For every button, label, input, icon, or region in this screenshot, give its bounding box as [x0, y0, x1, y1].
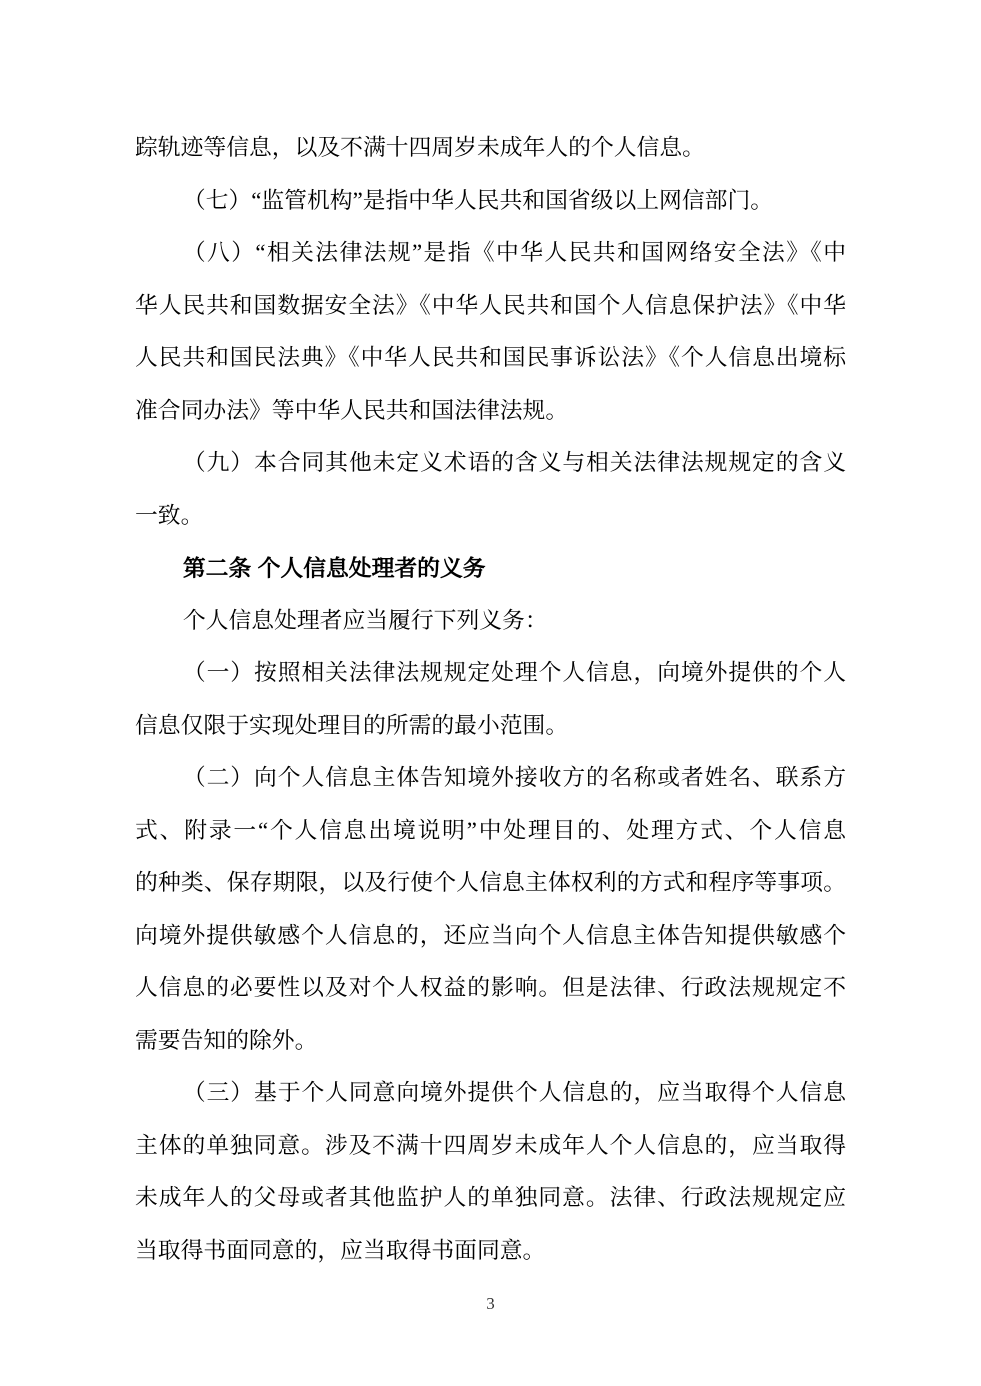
text-line: 向境外提供敏感个人信息的，还应当向个人信息主体告知提供敏感个 [135, 910, 846, 963]
text-line: 的种类、保存期限，以及行使个人信息主体权利的方式和程序等事项。 [135, 857, 846, 910]
page-number: 3 [0, 1292, 981, 1316]
text-line: 个人信息处理者应当履行下列义务： [135, 595, 846, 648]
text-line: 式、附录一“个人信息出境说明”中处理目的、处理方式、个人信息 [135, 805, 846, 858]
document-body: 踪轨迹等信息，以及不满十四周岁未成年人的个人信息。（七）“监管机构”是指中华人民… [135, 122, 846, 1277]
text-line: （八）“相关法律法规”是指《中华人民共和国网络安全法》《中 [135, 227, 846, 280]
text-line: 信息仅限于实现处理目的所需的最小范围。 [135, 700, 846, 753]
text-line: 需要告知的除外。 [135, 1015, 846, 1068]
text-line: （九）本合同其他未定义术语的含义与相关法律法规规定的含义 [135, 437, 846, 490]
document-page: 踪轨迹等信息，以及不满十四周岁未成年人的个人信息。（七）“监管机构”是指中华人民… [0, 0, 981, 1386]
text-line: （七）“监管机构”是指中华人民共和国省级以上网信部门。 [135, 175, 846, 228]
text-line: 人信息的必要性以及对个人权益的影响。但是法律、行政法规规定不 [135, 962, 846, 1015]
text-line: 人民共和国民法典》《中华人民共和国民事诉讼法》《个人信息出境标 [135, 332, 846, 385]
text-line: 踪轨迹等信息，以及不满十四周岁未成年人的个人信息。 [135, 122, 846, 175]
text-line: 准合同办法》等中华人民共和国法律法规。 [135, 385, 846, 438]
text-line: （二）向个人信息主体告知境外接收方的名称或者姓名、联系方 [135, 752, 846, 805]
text-line: （一）按照相关法律法规规定处理个人信息，向境外提供的个人 [135, 647, 846, 700]
text-line: 华人民共和国数据安全法》《中华人民共和国个人信息保护法》《中华 [135, 280, 846, 333]
section-heading: 第二条 个人信息处理者的义务 [135, 542, 846, 595]
text-line: 未成年人的父母或者其他监护人的单独同意。法律、行政法规规定应 [135, 1172, 846, 1225]
text-line: （三）基于个人同意向境外提供个人信息的，应当取得个人信息 [135, 1067, 846, 1120]
text-line: 主体的单独同意。涉及不满十四周岁未成年人个人信息的，应当取得 [135, 1120, 846, 1173]
text-line: 一致。 [135, 490, 846, 543]
text-line: 当取得书面同意的，应当取得书面同意。 [135, 1225, 846, 1278]
